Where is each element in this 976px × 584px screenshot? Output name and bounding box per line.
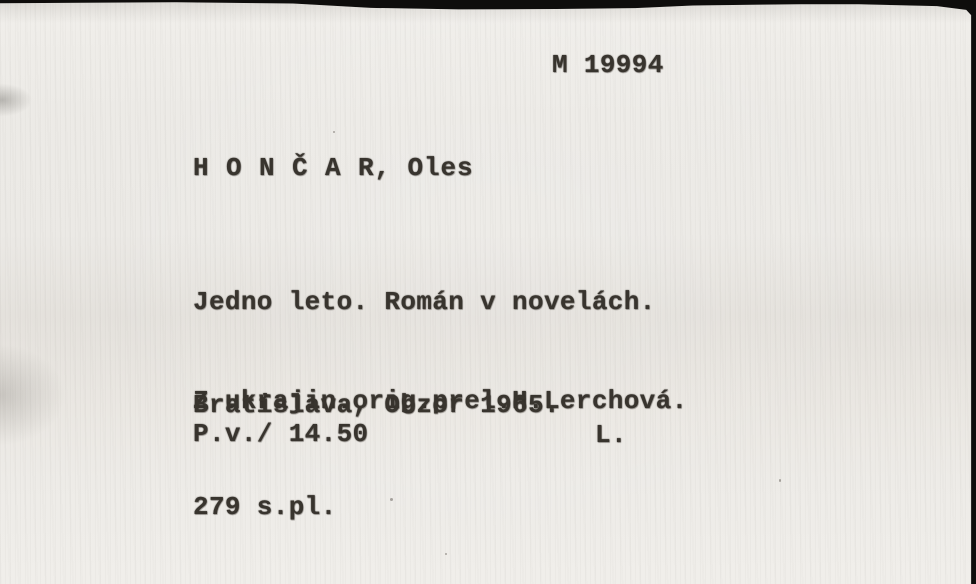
price-note: P.v./ 14.50 — [193, 421, 368, 447]
cataloguer-initial: L. — [595, 422, 627, 448]
catalog-card: M 19994 H O N Č A R, Oles Jedno leto. Ro… — [0, 0, 976, 584]
catalog-card-scan: M 19994 H O N Č A R, Oles Jedno leto. Ro… — [0, 0, 976, 584]
author-heading: H O N Č A R, Oles — [193, 155, 474, 181]
collation-line: 279 s.pl. — [193, 490, 560, 524]
accession-number: M 19994 — [552, 52, 664, 78]
title-statement: Jedno leto. Román v novelách. — [193, 286, 688, 319]
imprint-block: Bratislava, Obzor 1965. 279 s.pl. — [193, 320, 560, 584]
imprint-line: Bratislava, Obzor 1965. — [193, 388, 560, 422]
typewritten-text: M 19994 H O N Č A R, Oles Jedno leto. Ro… — [0, 0, 976, 584]
